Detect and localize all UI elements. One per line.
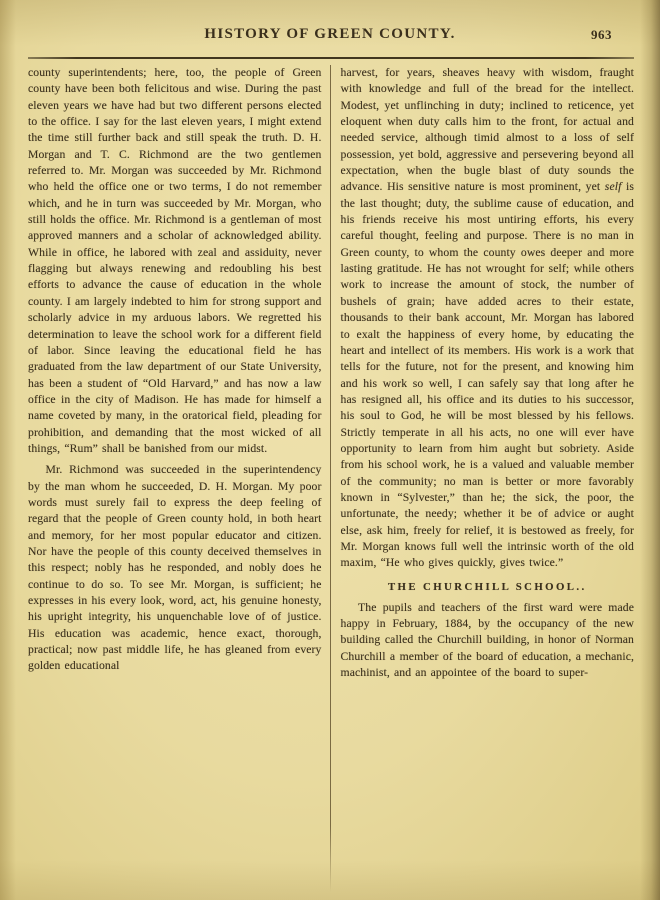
right-column: harvest, for years, sheaves heavy with w… <box>331 65 635 892</box>
paragraph: county superintendents; here, too, the p… <box>28 65 322 457</box>
book-page: HISTORY OF GREEN COUNTY. 963 county supe… <box>0 0 660 900</box>
header-rule <box>28 57 634 59</box>
paragraph: Mr. Richmond was succeeded in the superi… <box>28 462 322 674</box>
paragraph: harvest, for years, sheaves heavy with w… <box>341 65 635 572</box>
running-title: HISTORY OF GREEN COUNTY. <box>0 26 660 43</box>
section-heading: THE CHURCHILL SCHOOL.. <box>341 581 635 593</box>
text-columns: county superintendents; here, too, the p… <box>28 65 634 892</box>
left-column: county superintendents; here, too, the p… <box>28 65 330 892</box>
right-column-top: harvest, for years, sheaves heavy with w… <box>341 65 635 572</box>
right-column-bottom: The pupils and teachers of the first war… <box>341 600 635 682</box>
page-header: HISTORY OF GREEN COUNTY. 963 <box>0 26 660 48</box>
paragraph: The pupils and teachers of the first war… <box>341 600 635 682</box>
page-number: 963 <box>591 27 612 43</box>
